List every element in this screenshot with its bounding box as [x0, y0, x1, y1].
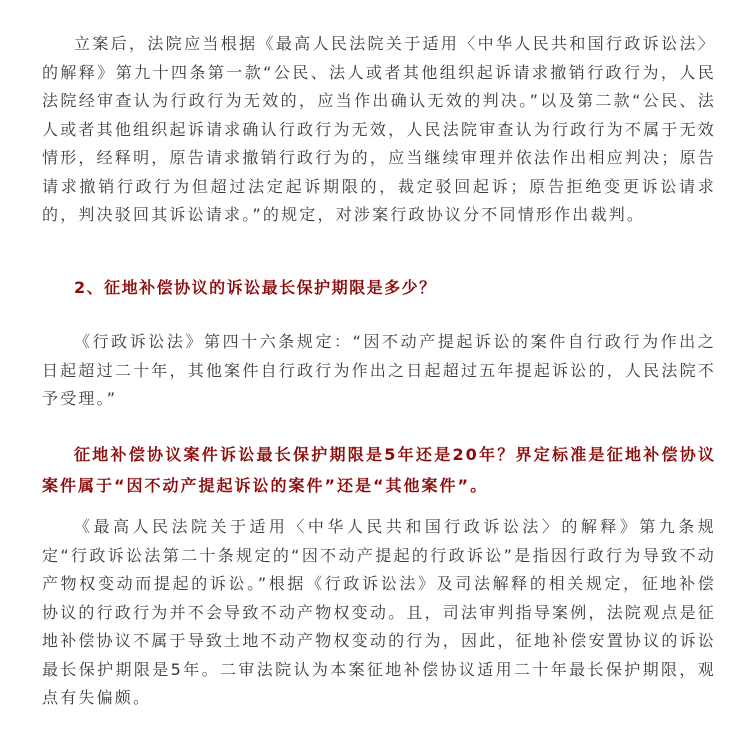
paragraph-article-46: 《行政诉讼法》第四十六条规定：“因不动产提起诉讼的案件自行政行为作出之日起超过二… [42, 328, 716, 414]
paragraph-interpretation: 《最高人民法院关于适用〈中华人民共和国行政诉讼法〉的解释》第九条规定“行政诉讼法… [42, 513, 716, 713]
paragraph-court-ruling: 立案后，法院应当根据《最高人民法院关于适用〈中华人民共和国行政诉讼法〉的解释》第… [42, 30, 716, 230]
highlight-question: 征地补偿协议案件诉讼最长保护期限是5年还是20年？界定标准是征地补偿协议案件属于… [42, 439, 716, 501]
section-heading-protection-period: 2、征地补偿协议的诉讼最长保护期限是多少？ [42, 274, 437, 302]
